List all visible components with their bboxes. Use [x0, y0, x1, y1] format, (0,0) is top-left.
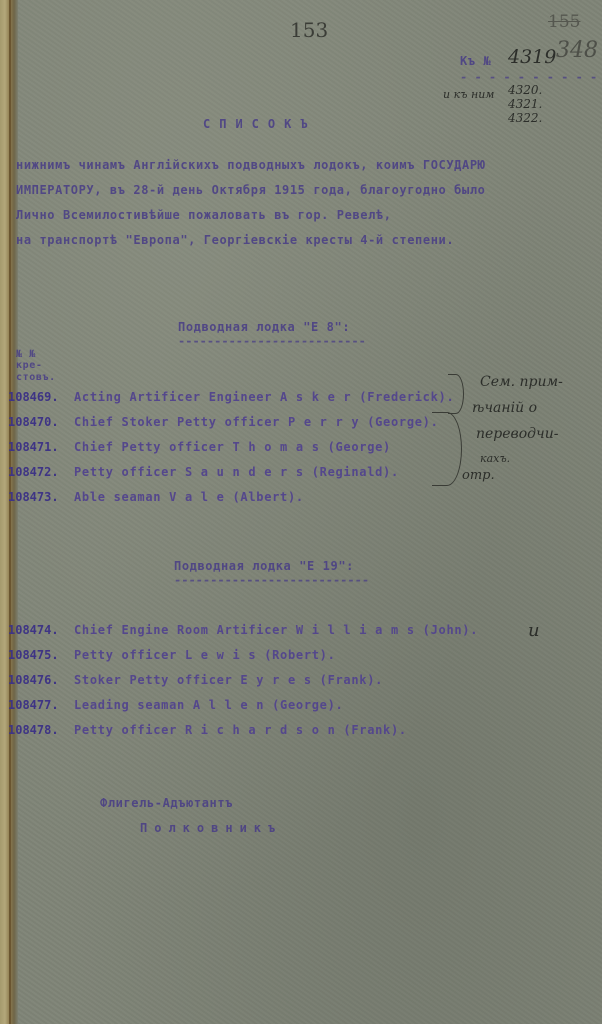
list-item: 108478. Petty officer R i c h a r d s o …: [8, 723, 407, 737]
margin-note-line: ѣчаній о: [472, 400, 537, 416]
recipient: Acting Artificer Engineer A s k e r (Fre…: [74, 390, 454, 404]
reference-underline: - - - - - - - - - - - -: [460, 70, 602, 84]
recipient: Petty officer L e w i s (Robert).: [74, 648, 336, 662]
signature-title: Флигель-Адъютантъ: [100, 796, 233, 810]
binding-thread: [9, 0, 11, 1024]
recipient: Petty officer R i c h a r d s o n (Frank…: [74, 723, 407, 737]
handwritten-brace: [448, 374, 464, 414]
section-heading-underline: --------------------------: [178, 334, 366, 348]
column-header-line: № №: [16, 349, 36, 360]
list-item: 108469. Acting Artificer Engineer A s k …: [8, 390, 454, 404]
recipient: Leading seaman A l l e n (George).: [74, 698, 343, 712]
recipient: Chief Stoker Petty officer P e r r y (Ge…: [74, 415, 439, 429]
document-title: СПИСОКЪ: [203, 117, 317, 131]
list-item: 108475. Petty officer L e w i s (Robert)…: [8, 648, 336, 662]
handwritten-brace: [432, 412, 462, 486]
list-item: 108476. Stoker Petty officer E y r e s (…: [8, 673, 383, 687]
list-item: 108471. Chief Petty officer T h o m a s …: [8, 440, 391, 454]
signature-rank: Полковникъ: [140, 821, 282, 835]
cross-number: 108471.: [8, 440, 74, 454]
margin-note-line: Сем. прим-: [480, 374, 563, 390]
cross-number: 108472.: [8, 465, 74, 479]
section-heading: Подводная лодка "Е 19":: [174, 559, 354, 573]
cross-number: 108477.: [8, 698, 74, 712]
margin-note-line: кахъ.: [480, 452, 510, 465]
list-item: 108473. Able seaman V a l e (Albert).: [8, 490, 304, 504]
reference-also-number: 4322.: [508, 111, 542, 125]
cross-number: 108475.: [8, 648, 74, 662]
list-item: 108470. Chief Stoker Petty officer P e r…: [8, 415, 439, 429]
cross-number: 108474.: [8, 623, 74, 637]
reference-also-number: 4320.: [508, 83, 542, 97]
recipient: Petty officer S a u n d e r s (Reginald)…: [74, 465, 399, 479]
section-heading: Подводная лодка "Е 8":: [178, 320, 350, 334]
preamble-line: ИМПЕРАТОРУ, въ 28-й день Октября 1915 го…: [16, 183, 485, 197]
recipient: Chief Engine Room Artificer W i l l i a …: [74, 623, 478, 637]
preamble-line: нижнимъ чинамъ Англійскихъ подводныхъ ло…: [16, 158, 485, 172]
cross-number: 108473.: [8, 490, 74, 504]
margin-note-line: переводчи-: [476, 426, 558, 442]
column-header-line: кре-: [16, 360, 42, 371]
margin-note-extra: отр.: [462, 468, 495, 483]
reference-number: 4319: [508, 46, 556, 68]
cross-number: 108478.: [8, 723, 74, 737]
document-page: 153 155 348 Къ № 4319 - - - - - - - - - …: [0, 0, 602, 1024]
page-number: 153: [290, 18, 328, 42]
recipient: Able seaman V a l e (Albert).: [74, 490, 304, 504]
list-item: 108474. Chief Engine Room Artificer W i …: [8, 623, 478, 637]
preamble-line: на транспортѣ "Европа", Георгіевскіе кре…: [16, 233, 454, 247]
section-heading-underline: ---------------------------: [174, 573, 369, 587]
margin-note-ditto: и: [528, 620, 540, 641]
cross-number: 108470.: [8, 415, 74, 429]
reference-stamp-label: Къ №: [460, 54, 491, 68]
column-header-line: стовъ.: [16, 372, 56, 383]
reference-also-label: и къ ним: [443, 88, 494, 101]
crossed-page-number: 155: [548, 12, 580, 32]
preamble-line: Лично Всемилостивѣйше пожаловать въ гор.…: [16, 208, 392, 222]
recipient: Chief Petty officer T h o m a s (George): [74, 440, 391, 454]
list-item: 108477. Leading seaman A l l e n (George…: [8, 698, 343, 712]
cross-number: 108476.: [8, 673, 74, 687]
list-item: 108472. Petty officer S a u n d e r s (R…: [8, 465, 399, 479]
recipient: Stoker Petty officer E y r e s (Frank).: [74, 673, 383, 687]
reference-also-number: 4321.: [508, 97, 542, 111]
archive-number: 348: [556, 38, 598, 63]
cross-number: 108469.: [8, 390, 74, 404]
